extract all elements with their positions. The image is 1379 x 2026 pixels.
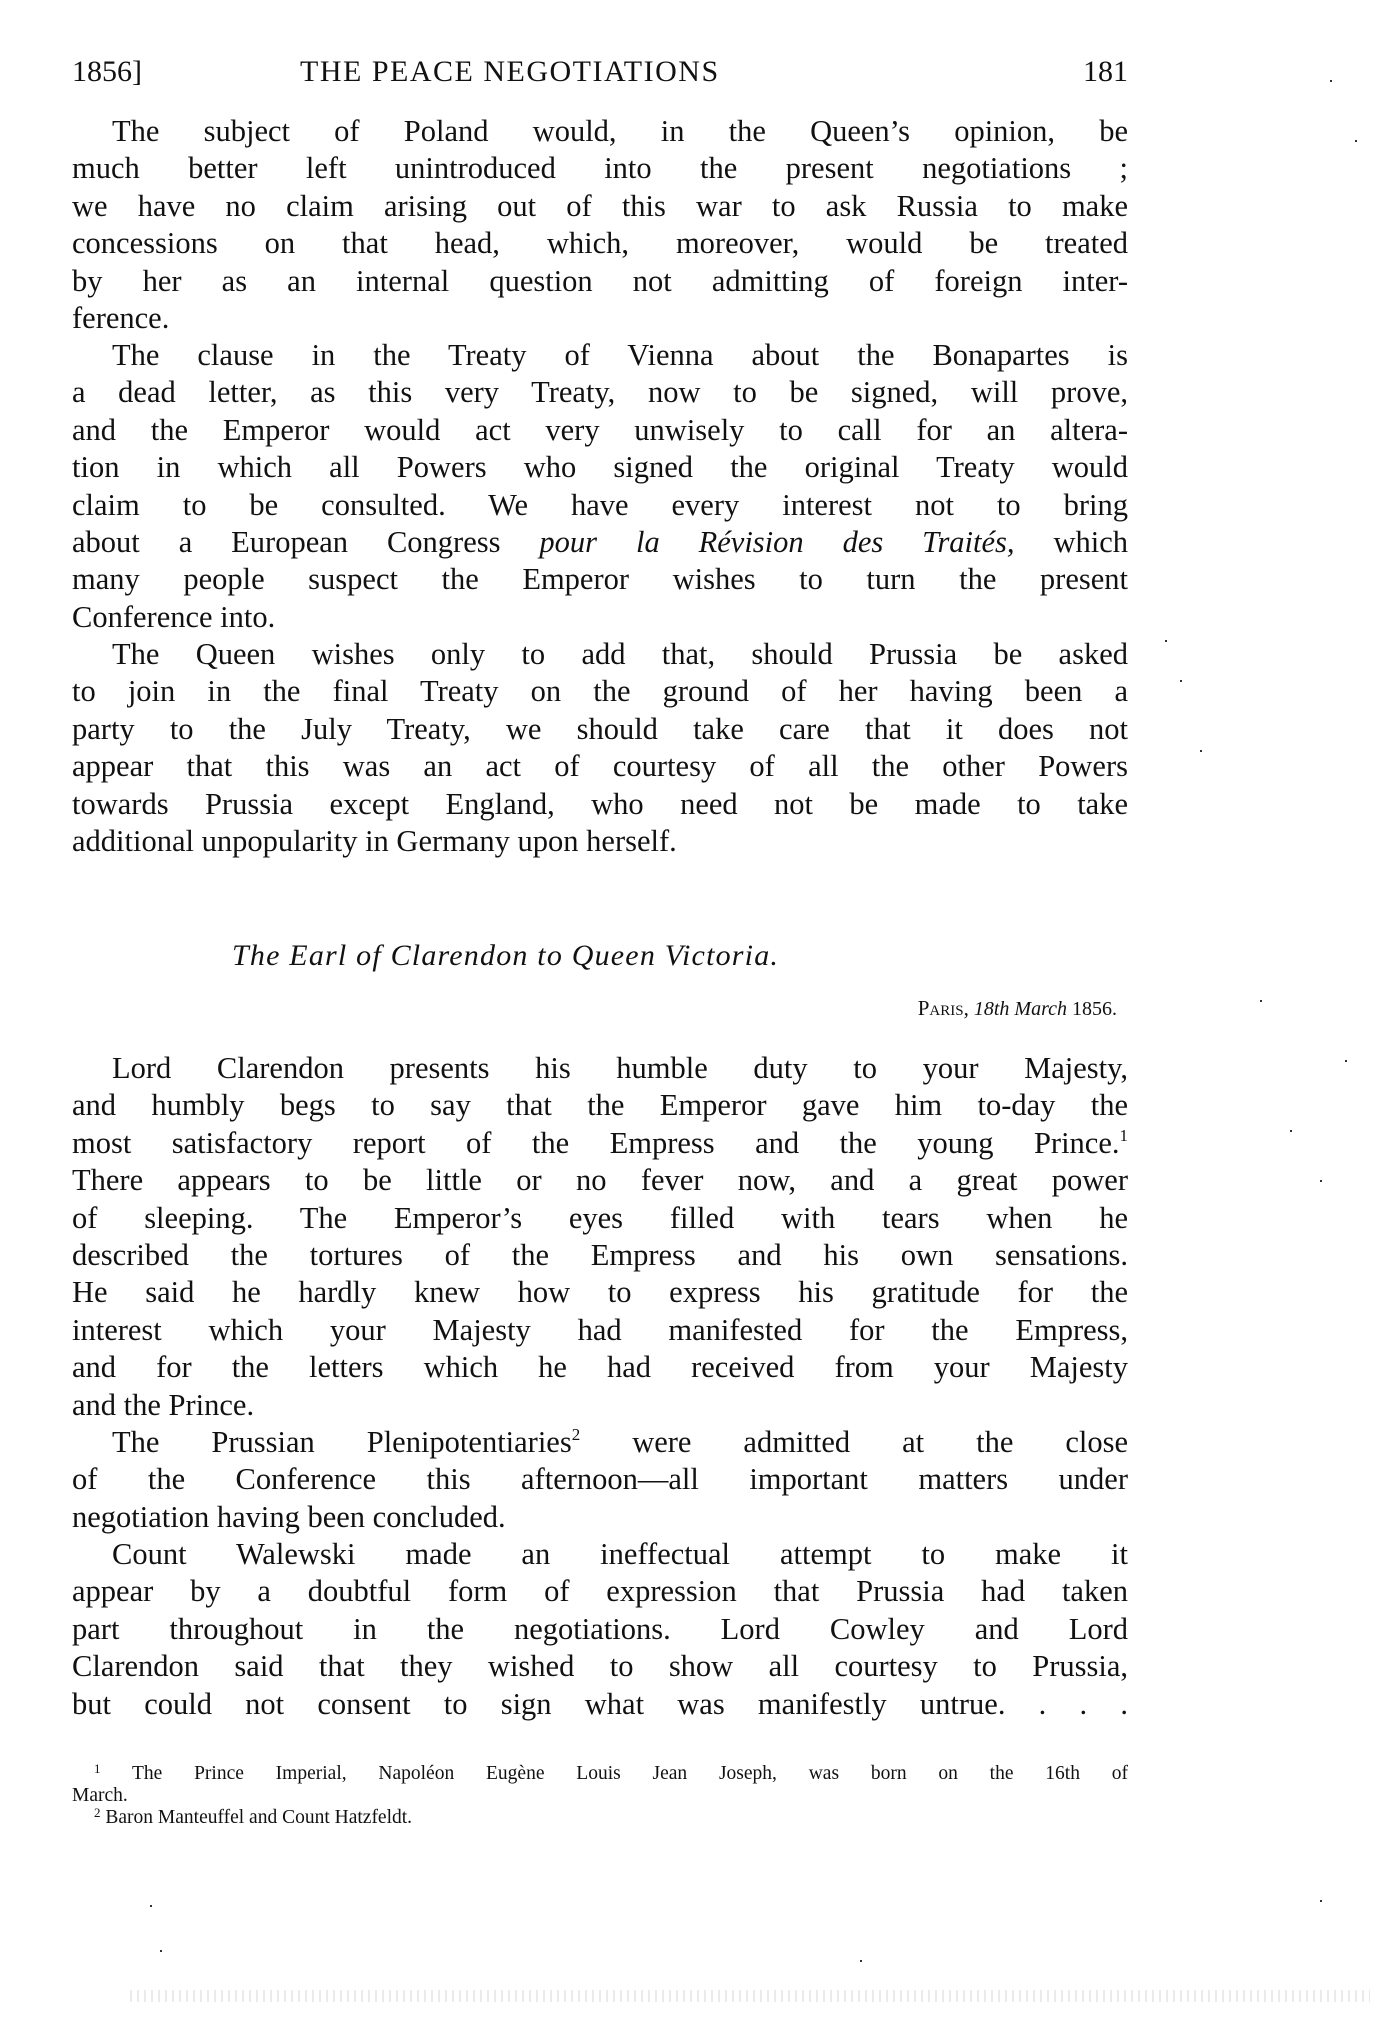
text-line: interest which your Majesty had manifest… bbox=[72, 1312, 1128, 1349]
scan-speck bbox=[1355, 140, 1357, 142]
scan-speck bbox=[1290, 1130, 1292, 1132]
text-line: additional unpopularity in Germany upon … bbox=[72, 823, 1128, 860]
dateline-day: 18th bbox=[974, 998, 1010, 1020]
text-line: but could not consent to sign what was m… bbox=[72, 1686, 1128, 1723]
text-segment: which bbox=[1015, 525, 1128, 559]
footnote-marker: 1 bbox=[94, 1761, 101, 1776]
dateline-place: Paris, bbox=[918, 996, 969, 1020]
text-line: Lord Clarendon presents his humble duty … bbox=[72, 1050, 1128, 1087]
dateline-year: 1856. bbox=[1072, 998, 1117, 1020]
paragraph-clarendon-report: Lord Clarendon presents his humble duty … bbox=[72, 1050, 1128, 1424]
text-line: part throughout in the negotiations. Lor… bbox=[72, 1611, 1128, 1648]
text-line: There appears to be little or no fever n… bbox=[72, 1162, 1128, 1199]
text-line: Count Walewski made an ineffectual attem… bbox=[72, 1536, 1128, 1573]
text-line: He said he hardly knew how to express hi… bbox=[72, 1274, 1128, 1311]
text-line: towards Prussia except England, who need… bbox=[72, 786, 1128, 823]
text-segment: were admitted at the close bbox=[580, 1425, 1128, 1459]
footnote-1: 1 The Prince Imperial, Napoléon Eugène L… bbox=[72, 1763, 1128, 1785]
footnote-marker: 2 bbox=[94, 1805, 101, 1820]
letter-dateline: Paris, 18th March 1856. bbox=[918, 993, 1117, 1024]
text-line: claim to be consulted. We have every int… bbox=[72, 487, 1128, 524]
text-line: The clause in the Treaty of Vienna about… bbox=[72, 337, 1128, 374]
book-page: 1856] THE PEACE NEGOTIATIONS 181 The sub… bbox=[0, 0, 1379, 2026]
text-line: a dead letter, as this very Treaty, now … bbox=[72, 374, 1128, 411]
text-line: to join in the final Treaty on the groun… bbox=[72, 673, 1128, 710]
footnote-text: Baron Manteuffel and Count Hatzfeldt. bbox=[105, 1807, 412, 1828]
text-line: and the Emperor would act very unwisely … bbox=[72, 412, 1128, 449]
italic-phrase: pour la Révision des Traités, bbox=[539, 525, 1014, 559]
text-line: ference. bbox=[72, 300, 1128, 337]
text-line: tion in which all Powers who signed the … bbox=[72, 449, 1128, 486]
text-line: and the Prince. bbox=[72, 1387, 1128, 1424]
text-line: described the tortures of the Empress an… bbox=[72, 1237, 1128, 1274]
footnote-ref-1[interactable]: 1 bbox=[1120, 1126, 1129, 1145]
text-line: party to the July Treaty, we should take… bbox=[72, 711, 1128, 748]
text-segment: most satisfactory report of the Empress … bbox=[72, 1126, 1120, 1160]
footnote-ref-2[interactable]: 2 bbox=[572, 1425, 581, 1444]
text-line: by her as an internal question not admit… bbox=[72, 263, 1128, 300]
scan-speck bbox=[150, 1905, 152, 1907]
text-line: concessions on that head, which, moreove… bbox=[72, 225, 1128, 262]
text-line: Clarendon said that they wished to show … bbox=[72, 1648, 1128, 1685]
running-head: 1856] THE PEACE NEGOTIATIONS 181 bbox=[72, 52, 1128, 92]
text-line: appear that this was an act of courtesy … bbox=[72, 748, 1128, 785]
text-line: Conference into. bbox=[72, 599, 1128, 636]
text-line: of the Conference this afternoon—all imp… bbox=[72, 1461, 1128, 1498]
text-line: appear by a doubtful form of expression … bbox=[72, 1573, 1128, 1610]
scan-speck bbox=[1180, 680, 1182, 682]
scan-speck bbox=[1260, 1000, 1262, 1002]
scan-speck bbox=[1320, 1180, 1322, 1182]
paragraph-poland: The subject of Poland would, in the Quee… bbox=[72, 113, 1128, 337]
paragraph-prussian-plenipotentiaries: The Prussian Plenipotentiaries2 were adm… bbox=[72, 1424, 1128, 1536]
scan-speck bbox=[160, 1950, 162, 1952]
text-line-with-italic: about a European Congress pour la Révisi… bbox=[72, 524, 1128, 561]
scan-edge-noise bbox=[130, 1990, 1370, 2002]
text-line: and humbly begs to say that the Emperor … bbox=[72, 1087, 1128, 1124]
footnotes: 1 The Prince Imperial, Napoléon Eugène L… bbox=[72, 1763, 1128, 1829]
running-head-year: 1856] bbox=[72, 52, 142, 92]
text-line-with-footnote: most satisfactory report of the Empress … bbox=[72, 1125, 1128, 1162]
dateline-month: March bbox=[1014, 998, 1067, 1020]
page-number: 181 bbox=[1083, 52, 1128, 92]
text-line: and for the letters which he had receive… bbox=[72, 1349, 1128, 1386]
text-segment: The Prussian Plenipotentiaries bbox=[112, 1425, 572, 1459]
paragraph-walewski: Count Walewski made an ineffectual attem… bbox=[72, 1536, 1128, 1723]
paragraph-vienna-treaty: The clause in the Treaty of Vienna about… bbox=[72, 337, 1128, 636]
scan-speck bbox=[1165, 640, 1167, 642]
scan-speck bbox=[1345, 1060, 1347, 1062]
scan-speck bbox=[1200, 750, 1202, 752]
running-head-title: THE PEACE NEGOTIATIONS bbox=[300, 52, 720, 92]
text-line: The subject of Poland would, in the Quee… bbox=[72, 113, 1128, 150]
text-line: The Queen wishes only to add that, shoul… bbox=[72, 636, 1128, 673]
scan-speck bbox=[1320, 1900, 1322, 1902]
paragraph-prussia-treaty: The Queen wishes only to add that, shoul… bbox=[72, 636, 1128, 860]
letter-heading-text: The Earl of Clarendon to Queen Victoria. bbox=[232, 936, 779, 976]
scan-speck bbox=[860, 1960, 862, 1962]
footnote-text: The Prince Imperial, Napoléon Eugène Lou… bbox=[132, 1763, 1128, 1784]
footnote-1-continued: March. bbox=[72, 1785, 1128, 1807]
footnote-2: 2 Baron Manteuffel and Count Hatzfeldt. bbox=[72, 1807, 1128, 1829]
text-segment: about a European Congress bbox=[72, 525, 500, 559]
scan-speck bbox=[1330, 80, 1332, 82]
text-line: many people suspect the Emperor wishes t… bbox=[72, 561, 1128, 598]
text-line-with-footnote: The Prussian Plenipotentiaries2 were adm… bbox=[72, 1424, 1128, 1461]
text-line: of sleeping. The Emperor’s eyes filled w… bbox=[72, 1200, 1128, 1237]
text-line: we have no claim arising out of this war… bbox=[72, 188, 1128, 225]
text-line: negotiation having been concluded. bbox=[72, 1499, 1128, 1536]
text-line: much better left unintroduced into the p… bbox=[72, 150, 1128, 187]
